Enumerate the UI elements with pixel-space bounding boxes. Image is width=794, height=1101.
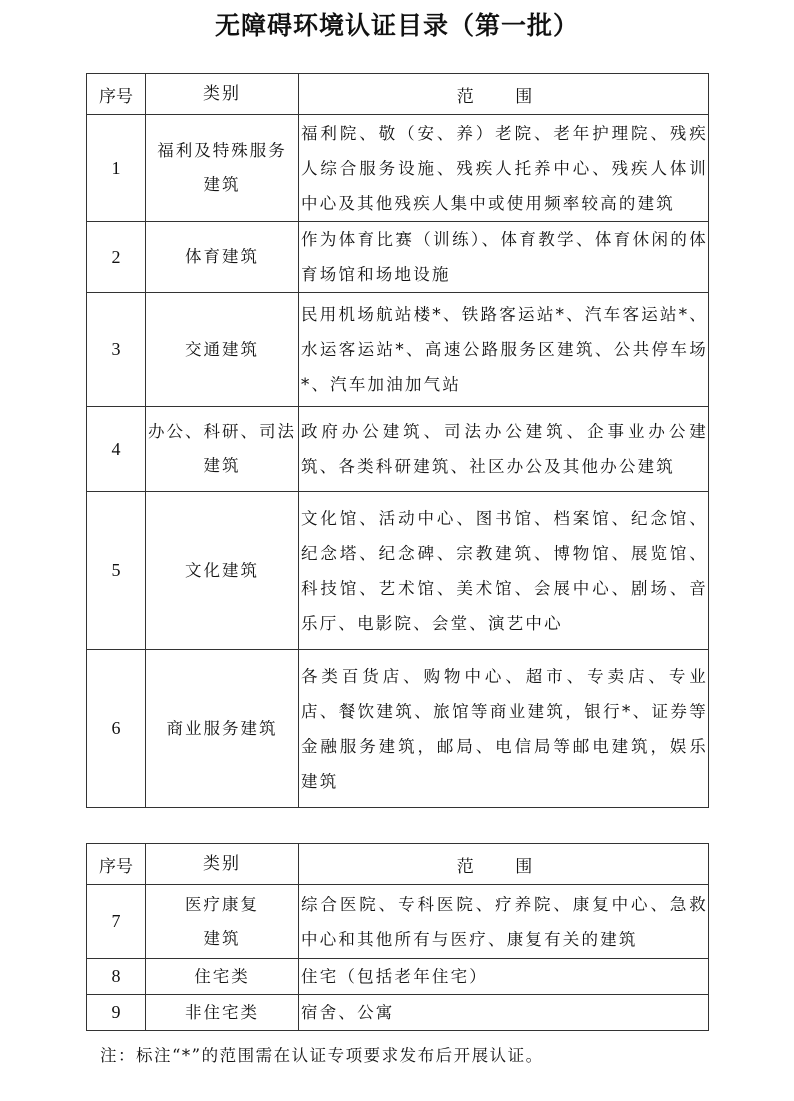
row-category: 办公、科研、司法建筑	[146, 407, 299, 492]
table-row: 5 文化建筑 文化馆、活动中心、图书馆、档案馆、纪念馆、纪念塔、纪念碑、宗教建筑…	[87, 492, 709, 650]
row-scope: 民用机场航站楼*、铁路客运站*、汽车客运站*、水运客运站*、高速公路服务区建筑、…	[299, 293, 709, 407]
row-category: 非住宅类	[146, 995, 299, 1031]
row-category: 交通建筑	[146, 293, 299, 407]
table-row: 9 非住宅类 宿舍、公寓	[87, 995, 709, 1031]
row-no: 8	[87, 959, 146, 995]
row-category: 住宅类	[146, 959, 299, 995]
table-row: 3 交通建筑 民用机场航站楼*、铁路客运站*、汽车客运站*、水运客运站*、高速公…	[87, 293, 709, 407]
table-row: 7 医疗康复建筑 综合医院、专科医院、疗养院、康复中心、急救中心和其他所有与医疗…	[87, 885, 709, 959]
row-scope: 作为体育比赛（训练）、体育教学、体育休闲的体育场馆和场地设施	[299, 222, 709, 293]
row-scope: 政府办公建筑、司法办公建筑、企事业办公建筑、各类科研建筑、社区办公及其他办公建筑	[299, 407, 709, 492]
row-scope: 各类百货店、购物中心、超市、专卖店、专业店、餐饮建筑、旅馆等商业建筑，银行*、证…	[299, 650, 709, 808]
row-scope: 文化馆、活动中心、图书馆、档案馆、纪念馆、纪念塔、纪念碑、宗教建筑、博物馆、展览…	[299, 492, 709, 650]
row-no: 5	[87, 492, 146, 650]
row-scope: 综合医院、专科医院、疗养院、康复中心、急救中心和其他所有与医疗、康复有关的建筑	[299, 885, 709, 959]
catalog-table-2: 序号 类别 范 围 7 医疗康复建筑 综合医院、专科医院、疗养院、康复中心、急救…	[86, 843, 709, 1031]
row-no: 4	[87, 407, 146, 492]
table-header-row: 序号 类别 范 围	[87, 844, 709, 885]
catalog-table-1: 序号 类别 范 围 1 福利及特殊服务建筑 福利院、敬（安、养）老院、老年护理院…	[86, 73, 709, 808]
header-category: 类别	[146, 844, 299, 885]
row-no: 9	[87, 995, 146, 1031]
table-row: 4 办公、科研、司法建筑 政府办公建筑、司法办公建筑、企事业办公建筑、各类科研建…	[87, 407, 709, 492]
row-category: 医疗康复建筑	[146, 885, 299, 959]
row-no: 1	[87, 115, 146, 222]
table-row: 2 体育建筑 作为体育比赛（训练）、体育教学、体育休闲的体育场馆和场地设施	[87, 222, 709, 293]
row-no: 7	[87, 885, 146, 959]
row-category: 文化建筑	[146, 492, 299, 650]
row-category: 商业服务建筑	[146, 650, 299, 808]
header-scope: 范 围	[299, 844, 709, 885]
row-scope: 福利院、敬（安、养）老院、老年护理院、残疾人综合服务设施、残疾人托养中心、残疾人…	[299, 115, 709, 222]
row-category: 体育建筑	[146, 222, 299, 293]
header-scope: 范 围	[299, 74, 709, 115]
header-no: 序号	[87, 844, 146, 885]
footnote: 注：标注“*”的范围需在认证专项要求发布后开展认证。	[100, 1042, 544, 1066]
table-row: 8 住宅类 住宅（包括老年住宅）	[87, 959, 709, 995]
row-scope: 宿舍、公寓	[299, 995, 709, 1031]
row-category: 福利及特殊服务建筑	[146, 115, 299, 222]
header-category: 类别	[146, 74, 299, 115]
row-scope: 住宅（包括老年住宅）	[299, 959, 709, 995]
table-row: 6 商业服务建筑 各类百货店、购物中心、超市、专卖店、专业店、餐饮建筑、旅馆等商…	[87, 650, 709, 808]
header-no: 序号	[87, 74, 146, 115]
row-no: 3	[87, 293, 146, 407]
row-no: 2	[87, 222, 146, 293]
row-no: 6	[87, 650, 146, 808]
table-row: 1 福利及特殊服务建筑 福利院、敬（安、养）老院、老年护理院、残疾人综合服务设施…	[87, 115, 709, 222]
page-title: 无障碍环境认证目录（第一批）	[0, 6, 794, 46]
table-header-row: 序号 类别 范 围	[87, 74, 709, 115]
